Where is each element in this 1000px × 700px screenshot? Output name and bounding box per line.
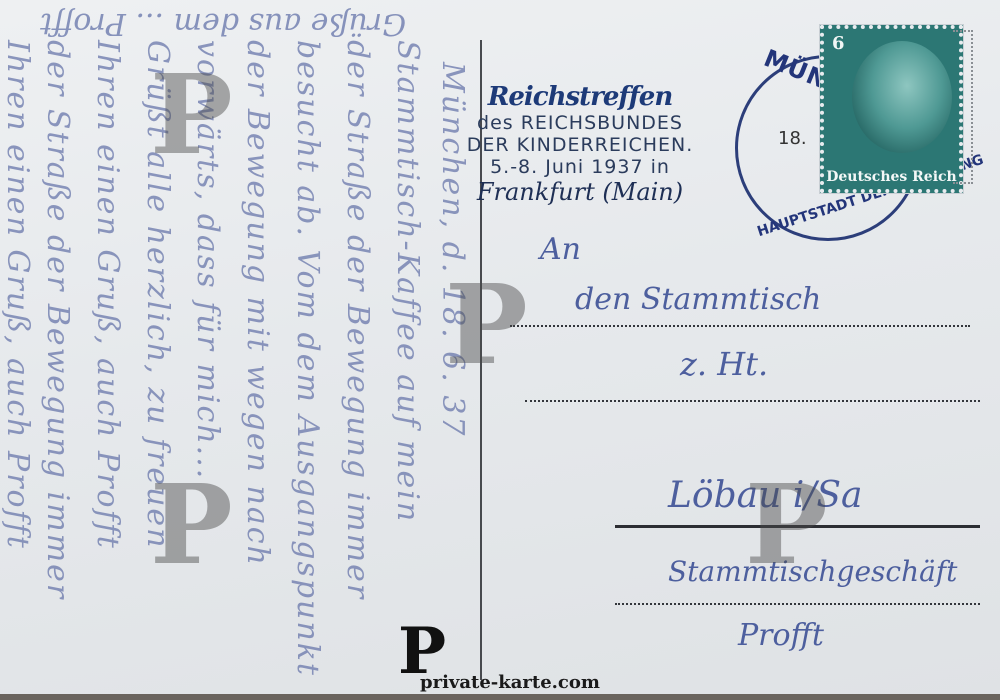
- address-line-5: Profft: [738, 618, 824, 653]
- address-line-2: z. Ht.: [680, 345, 768, 383]
- watermark-logo-icon: P: [445, 270, 528, 380]
- address-prefix: An: [540, 232, 581, 267]
- stamp-value: 6: [832, 33, 845, 54]
- address-rule: [510, 325, 970, 327]
- watermark-logo-icon: P: [745, 470, 828, 580]
- slogan-line: des REICHSBUNDES: [445, 112, 715, 134]
- message-line: Ihren einen Gruß, auch Profft: [0, 40, 35, 550]
- card-edge-shadow: [0, 694, 1000, 700]
- postcard: Grüße aus dem ... Profft München, d. 18.…: [0, 0, 1000, 700]
- handwritten-message: München, d. 18. 6. 37 Stammtisch-Kaffee …: [0, 0, 470, 700]
- slogan-cancellation: Reichstreffen des REICHSBUNDES DER KINDE…: [445, 82, 715, 206]
- watermark-logo-icon: P: [150, 60, 233, 170]
- message-line: besucht ab. Vom dem Ausgangspunkt: [290, 40, 325, 677]
- message-line: Ihren einen Gruß, auch Profft: [90, 40, 125, 550]
- watermark-logo-icon: P: [150, 470, 233, 580]
- address-rule: [615, 603, 980, 605]
- slogan-date: 5.-8. Juni 1937 in: [445, 156, 715, 178]
- message-line: der Bewegung mit wegen nach: [240, 40, 275, 567]
- slogan-line: DER KINDERREICHEN.: [445, 134, 715, 156]
- slogan-title: Reichstreffen: [445, 82, 715, 112]
- message-line: Stammtisch-Kaffee auf mein: [390, 40, 425, 523]
- message-line: der Straße der Bewegung immer: [40, 40, 75, 600]
- postmark-date: 18.: [778, 128, 807, 149]
- stamp-placement-box: [953, 30, 973, 184]
- slogan-city: Frankfurt (Main): [445, 178, 715, 206]
- site-watermark-text: private-karte.com: [420, 672, 600, 693]
- stamp-country: Deutsches Reich: [824, 169, 959, 185]
- portrait-icon: [852, 41, 952, 153]
- address-rule: [525, 400, 980, 402]
- address-line-1: den Stammtisch: [575, 282, 821, 317]
- postage-stamp: 6 Deutsches Reich: [820, 25, 963, 193]
- message-line: der Straße der Bewegung immer: [340, 40, 375, 600]
